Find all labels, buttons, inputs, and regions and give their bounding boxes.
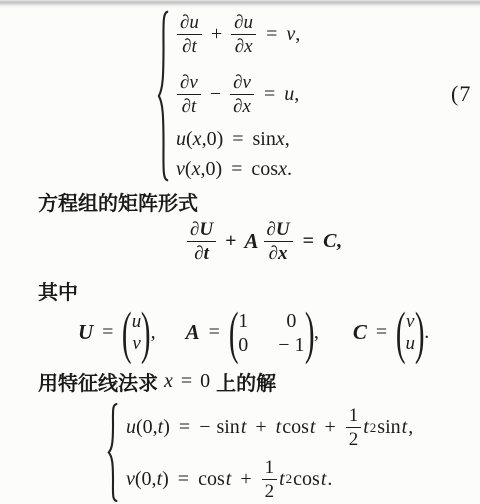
function-name: cos	[282, 416, 309, 439]
equation-du-dt: ∂u∂t + ∂u∂x = v ,	[176, 10, 300, 58]
frac-numerator: ∂u	[231, 12, 256, 35]
lhs-variable: u	[176, 128, 186, 151]
var-t: t	[279, 468, 285, 491]
initial-condition-v: v(x,0) = cosx.	[176, 156, 300, 183]
rhs-variable: v	[286, 23, 295, 46]
symbol-A: A	[186, 320, 200, 345]
fraction: ∂U∂x	[264, 219, 293, 264]
solution-v: v(0,t) = cost + 12 t2cost.	[126, 456, 413, 502]
plus-operator: +	[211, 23, 222, 46]
frac-numerator: ∂v	[177, 72, 201, 95]
equals-sign: =	[231, 158, 242, 181]
function-arg: x	[276, 128, 285, 151]
system-rows: ∂u∂t + ∂u∂x = v , ∂v∂t − ∂v∂x = u , u(x,…	[176, 10, 300, 183]
equals-sign: =	[376, 321, 387, 344]
left-brace-icon	[157, 10, 170, 182]
plus-operator: +	[240, 468, 251, 491]
vector-C-symbol: C	[323, 230, 336, 253]
frac-denominator: ∂x	[235, 35, 253, 57]
fraction-half: 12	[346, 405, 362, 450]
definition-C: C = ( vu ) .	[353, 306, 429, 359]
system-rows: u(0,t) = − sint + tcost + 12 t2sint, v(0…	[126, 403, 413, 502]
matrix-entry-11: 1	[238, 309, 248, 333]
function-name: cos	[293, 468, 320, 491]
close-paren: ,0)	[202, 128, 224, 151]
comma: ,	[336, 230, 341, 253]
frac-numerator: ∂U	[264, 219, 293, 242]
arg-x: x	[192, 158, 201, 181]
equation-number: (7	[451, 81, 471, 107]
fraction: ∂v∂x	[230, 72, 254, 117]
fraction: ∂u∂t	[177, 12, 202, 57]
vector-top: v	[406, 311, 414, 333]
function-name: cos	[251, 158, 278, 181]
fraction-half: 12	[262, 457, 278, 502]
equals-sign: =	[232, 128, 243, 151]
lhs-variable: u	[126, 416, 136, 439]
open-paren: (	[186, 128, 193, 151]
close-paren: )	[162, 468, 169, 491]
big-close-paren: )	[415, 306, 425, 359]
heading-matrix-form: 方程组的矩阵形式	[38, 187, 198, 216]
big-open-paren: (	[396, 306, 406, 359]
initial-condition-u: u(x,0) = sinx,	[176, 126, 300, 153]
period: .	[287, 158, 292, 181]
solution-u: u(0,t) = − sint + tcost + 12 t2sint,	[126, 403, 413, 452]
comma: ,	[295, 23, 300, 46]
minus-operator: −	[210, 83, 221, 106]
big-close-paren: )	[141, 306, 151, 359]
equation-dv-dt: ∂v∂t − ∂v∂x = u ,	[176, 70, 300, 118]
definition-A: A = ( 1 0 0 − 1 ) ,	[186, 306, 319, 359]
equals-sign: =	[179, 416, 190, 439]
symbol-U: U	[78, 320, 93, 345]
lhs-variable: v	[176, 158, 185, 181]
left-brace-icon	[107, 403, 119, 502]
frac-denominator: 2	[265, 480, 275, 502]
superscript-2: 2	[286, 471, 293, 487]
big-close-paren: )	[304, 306, 314, 359]
var-t: t	[310, 416, 316, 439]
period: .	[327, 468, 332, 491]
period: .	[424, 321, 429, 344]
big-open-paren: (	[122, 306, 132, 359]
scan-edge-artifact	[0, 0, 480, 8]
column-vector: vu	[405, 311, 415, 355]
vector-bottom: v	[132, 333, 140, 355]
equals-sign: =	[102, 321, 113, 344]
matrix-entry-21: 0	[238, 333, 248, 357]
var-t: t	[321, 468, 327, 491]
matrix-definitions: U = ( uv ) , A = ( 1 0 0 − 1 ) , C = ( v…	[78, 302, 429, 364]
arg-x: x	[193, 128, 202, 151]
frac-denominator: ∂t	[182, 95, 197, 117]
comma: ,	[151, 321, 156, 344]
minus-sign: −	[199, 416, 210, 439]
value-zero: 0	[200, 370, 210, 393]
function-name: sin	[216, 416, 239, 439]
open-paren: (	[185, 158, 192, 181]
plus-operator: +	[225, 230, 236, 253]
big-open-paren: (	[229, 306, 239, 359]
open-paren: (0,	[136, 416, 158, 439]
scanned-textbook-page: ∂u∂t + ∂u∂x = v , ∂v∂t − ∂v∂x = u , u(x,…	[0, 0, 480, 504]
equals-sign: =	[181, 370, 192, 393]
equals-sign: =	[178, 468, 189, 491]
heading-pre: 用特征线法求	[38, 367, 158, 396]
matrix-2x2: 1 0 0 − 1	[238, 309, 304, 357]
equals-sign: =	[266, 23, 277, 46]
symbol-C: C	[353, 320, 367, 345]
vector-bottom: u	[405, 333, 415, 355]
matrix-entry-22: − 1	[278, 333, 304, 357]
equals-sign: =	[264, 83, 275, 106]
superscript-2: 2	[370, 420, 377, 436]
frac-denominator: ∂x	[269, 242, 288, 264]
open-paren: (0,	[135, 468, 157, 491]
function-name: sin	[253, 128, 276, 151]
pde-system-7: ∂u∂t + ∂u∂x = v , ∂v∂t − ∂v∂x = u , u(x,…	[157, 10, 300, 183]
matrix-entry-12: 0	[278, 309, 304, 333]
function-name: sin	[377, 416, 400, 439]
frac-denominator: ∂t	[182, 35, 197, 57]
function-name: cos	[198, 468, 225, 491]
var-t: t	[241, 416, 247, 439]
heading-where: 其中	[38, 276, 78, 305]
heading-characteristics: 用特征线法求 x = 0 上的解	[38, 367, 276, 396]
function-arg: x	[278, 158, 287, 181]
equals-sign: =	[303, 230, 314, 253]
plus-operator: +	[255, 416, 266, 439]
var-t: t	[226, 468, 232, 491]
comma: ,	[314, 321, 319, 344]
heading-post: 上的解	[216, 367, 276, 396]
frac-numerator: 1	[346, 405, 362, 428]
matrix-form-equation: ∂U∂t + A ∂U∂x = C ,	[186, 216, 341, 266]
plus-operator: +	[324, 416, 335, 439]
rhs-variable: u	[284, 83, 294, 106]
comma: ,	[408, 416, 413, 439]
matrix-A-symbol: A	[245, 229, 259, 254]
frac-numerator: ∂u	[177, 12, 202, 35]
fraction: ∂v∂t	[177, 72, 201, 117]
frac-denominator: 2	[349, 428, 359, 450]
fraction: ∂U∂t	[187, 219, 216, 264]
var-x: x	[164, 370, 173, 393]
close-paren: ,0)	[200, 158, 222, 181]
fraction: ∂u∂x	[231, 12, 256, 57]
var-t: t	[363, 416, 369, 439]
var-t: t	[402, 416, 408, 439]
close-paren: )	[163, 416, 170, 439]
comma: ,	[285, 128, 290, 151]
definition-U: U = ( uv ) ,	[78, 306, 156, 359]
frac-denominator: ∂x	[233, 95, 251, 117]
lhs-variable: v	[126, 468, 135, 491]
frac-numerator: 1	[262, 457, 278, 480]
equals-sign: =	[209, 321, 220, 344]
frac-denominator: ∂t	[194, 242, 209, 264]
frac-numerator: ∂U	[187, 219, 216, 242]
comma: ,	[294, 83, 299, 106]
solution-system: u(0,t) = − sint + tcost + 12 t2sint, v(0…	[107, 403, 413, 502]
var-t: t	[276, 416, 282, 439]
frac-numerator: ∂v	[230, 72, 254, 95]
